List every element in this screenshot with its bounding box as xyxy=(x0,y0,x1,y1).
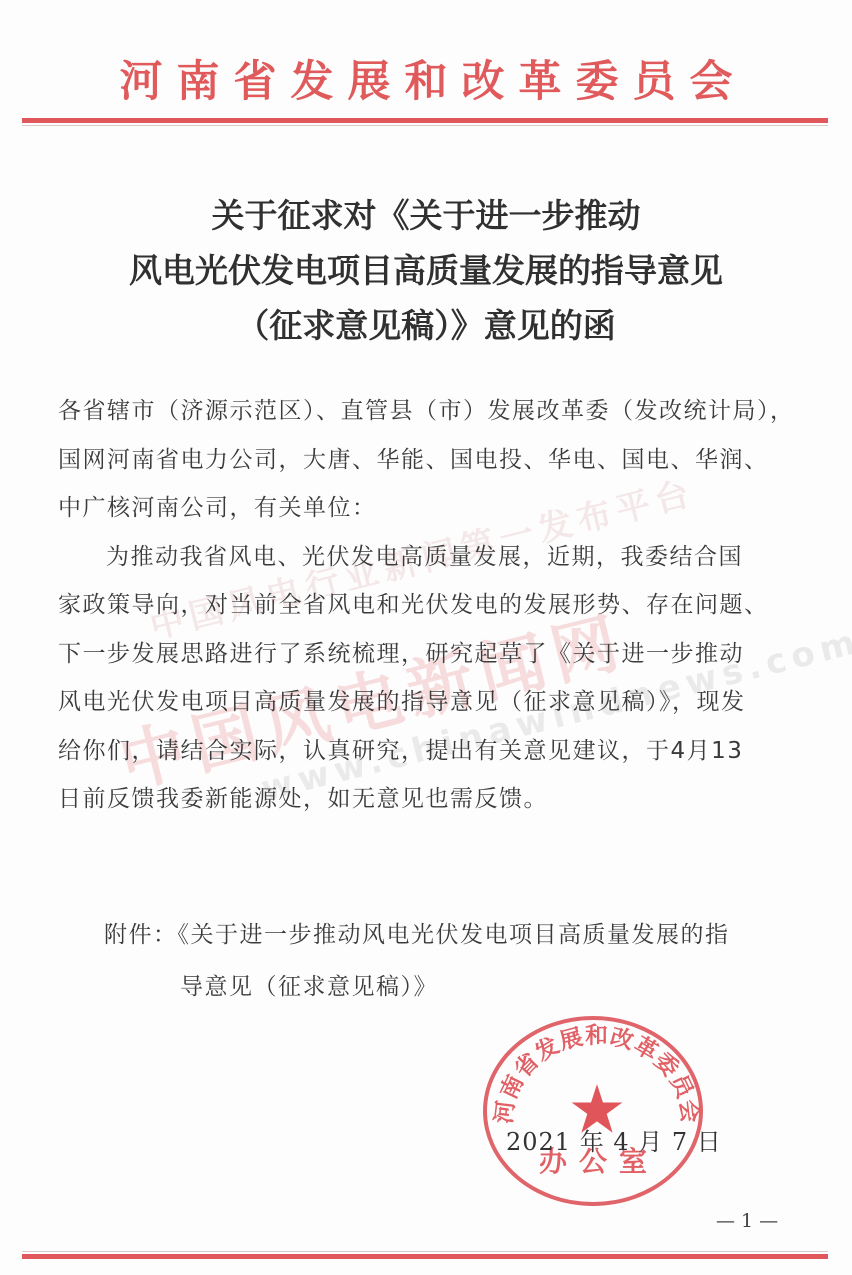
body-line: 家政策导向，对当前全省风电和光伏发电的发展形势、存在问题、 xyxy=(58,581,798,630)
document-body: 各省辖市（济源示范区）、直管县（市）发展改革委（发改统计局）， 国网河南省电力公… xyxy=(58,387,798,824)
title-line: （征求意见稿）》意见的函 xyxy=(0,298,852,353)
document-title: 关于征求对《关于进一步推动 风电光伏发电项目高质量发展的指导意见 （征求意见稿）… xyxy=(0,188,852,353)
body-line: 风电光伏发电项目高质量发展的指导意见（征求意见稿）》，现发 xyxy=(58,678,798,727)
footer-divider xyxy=(22,1254,828,1259)
addressee-line: 国网河南省电力公司，大唐、华能、国电投、华电、国电、华润、 xyxy=(58,436,798,485)
letterhead-divider xyxy=(22,118,828,123)
document-page: 中国风电行业新闻第一发布平台 中国风电新闻网 www.chinawindnews… xyxy=(0,0,852,1275)
body-line: 为推动我省风电、光伏发电高质量发展，近期，我委结合国 xyxy=(58,533,798,582)
letterhead-divider-thin xyxy=(22,125,828,126)
issue-date: 2021 年 4 月 7 日 xyxy=(506,1122,722,1157)
footer-divider-thin xyxy=(22,1251,828,1252)
title-line: 风电光伏发电项目高质量发展的指导意见 xyxy=(0,243,852,298)
official-seal: 河南省发展和改革委员会 办公室 xyxy=(483,1016,703,1206)
attachment-note: 附件：《关于进一步推动风电光伏发电项目高质量发展的指 导意见（征求意见稿）》 xyxy=(104,909,804,1013)
body-line: 日前反馈我委新能源处，如无意见也需反馈。 xyxy=(58,775,798,824)
addressee-line: 中广核河南公司，有关单位： xyxy=(58,484,798,533)
body-line: 下一步发展思路进行了系统梳理，研究起草了《关于进一步推动 xyxy=(58,630,798,679)
page-number: — 1 — xyxy=(716,1210,778,1232)
attachment-line: 导意见（征求意见稿）》 xyxy=(104,961,804,1013)
body-line: 给你们，请结合实际，认真研究，提出有关意见建议，于4月13 xyxy=(58,727,798,776)
attachment-line: 附件：《关于进一步推动风电光伏发电项目高质量发展的指 xyxy=(104,909,804,961)
letterhead-org-name: 河南省发展和改革委员会 xyxy=(0,48,852,109)
addressee-line: 各省辖市（济源示范区）、直管县（市）发展改革委（发改统计局）， xyxy=(58,387,798,436)
title-line: 关于征求对《关于进一步推动 xyxy=(0,188,852,243)
